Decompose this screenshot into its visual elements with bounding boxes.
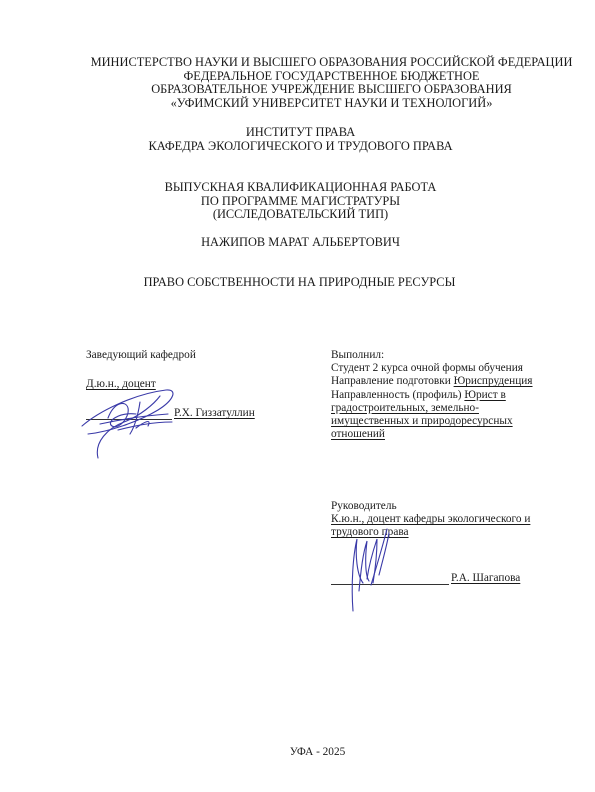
direction-value: Юриспруденция — [454, 375, 533, 387]
work-type-line: ВЫПУСКНАЯ КВАЛИФИКАЦИОННАЯ РАБОТА — [3, 181, 595, 195]
institute-block: ИНСТИТУТ ПРАВА КАФЕДРА ЭКОЛОГИЧЕСКОГО И … — [3, 126, 595, 153]
city-year: УФА - 2025 — [0, 746, 595, 758]
signature-line — [331, 584, 449, 585]
thesis-title: ПРАВО СОБСТВЕННОСТИ НА ПРИРОДНЫЕ РЕСУРСЫ — [2, 276, 595, 290]
supervisor-degree: К.ю.н., доцент кафедры экологического и — [331, 513, 530, 526]
work-type-line: ПО ПРОГРАММЕ МАГИСТРАТУРЫ — [3, 195, 595, 209]
direction-row: Направление подготовки Юриспруденция — [331, 375, 533, 388]
profile-row: Направленность (профиль) Юрист в — [331, 389, 533, 402]
student-block: Выполнил: Студент 2 курса очной формы об… — [331, 349, 533, 441]
profile-value: отношений — [331, 428, 533, 441]
signature-line — [86, 419, 172, 420]
header-line: «УФИМСКИЙ УНИВЕРСИТЕТ НАУКИ И ТЕХНОЛОГИЙ… — [34, 97, 595, 111]
direction-label: Направление подготовки — [331, 375, 451, 387]
profile-label: Направленность (профиль) — [331, 389, 462, 401]
header-line: МИНИСТЕРСТВО НАУКИ И ВЫСШЕГО ОБРАЗОВАНИЯ… — [34, 56, 595, 70]
supervisor-degree: трудового права — [331, 526, 530, 539]
profile-value: градостроительных, земельно- — [331, 402, 533, 415]
title-page: МИНИСТЕРСТВО НАУКИ И ВЫСШЕГО ОБРАЗОВАНИЯ… — [0, 0, 595, 792]
work-type-line: (ИССЛЕДОВАТЕЛЬСКИЙ ТИП) — [3, 208, 595, 222]
profile-value: Юрист в — [464, 389, 505, 401]
head-role: Заведующий кафедрой — [86, 349, 196, 362]
author-name: НАЖИПОВ МАРАТ АЛЬБЕРТОВИЧ — [3, 236, 595, 250]
supervisor-role: Руководитель — [331, 500, 530, 513]
head-name: Р.Х. Гиззатуллин — [174, 407, 255, 420]
department-name: КАФЕДРА ЭКОЛОГИЧЕСКОГО И ТРУДОВОГО ПРАВА — [3, 140, 595, 154]
head-of-department-block: Заведующий кафедрой Д.ю.н., доцент Р.Х. … — [86, 349, 196, 421]
head-degree: Д.ю.н., доцент — [86, 378, 196, 391]
supervisor-name: Р.А. Шагапова — [451, 572, 520, 585]
ministry-header: МИНИСТЕРСТВО НАУКИ И ВЫСШЕГО ОБРАЗОВАНИЯ… — [34, 56, 595, 110]
institute-name: ИНСТИТУТ ПРАВА — [3, 126, 595, 140]
completed-by-label: Выполнил: — [331, 349, 533, 362]
work-type-block: ВЫПУСКНАЯ КВАЛИФИКАЦИОННАЯ РАБОТА ПО ПРО… — [3, 181, 595, 222]
header-line: ОБРАЗОВАТЕЛЬНОЕ УЧРЕЖДЕНИЕ ВЫСШЕГО ОБРАЗ… — [34, 83, 595, 97]
profile-value: имущественных и природоресурсных — [331, 415, 533, 428]
header-line: ФЕДЕРАЛЬНОЕ ГОСУДАРСТВЕННОЕ БЮДЖЕТНОЕ — [34, 70, 595, 84]
student-course: Студент 2 курса очной формы обучения — [331, 362, 533, 375]
supervisor-block: Руководитель К.ю.н., доцент кафедры экол… — [331, 500, 530, 586]
